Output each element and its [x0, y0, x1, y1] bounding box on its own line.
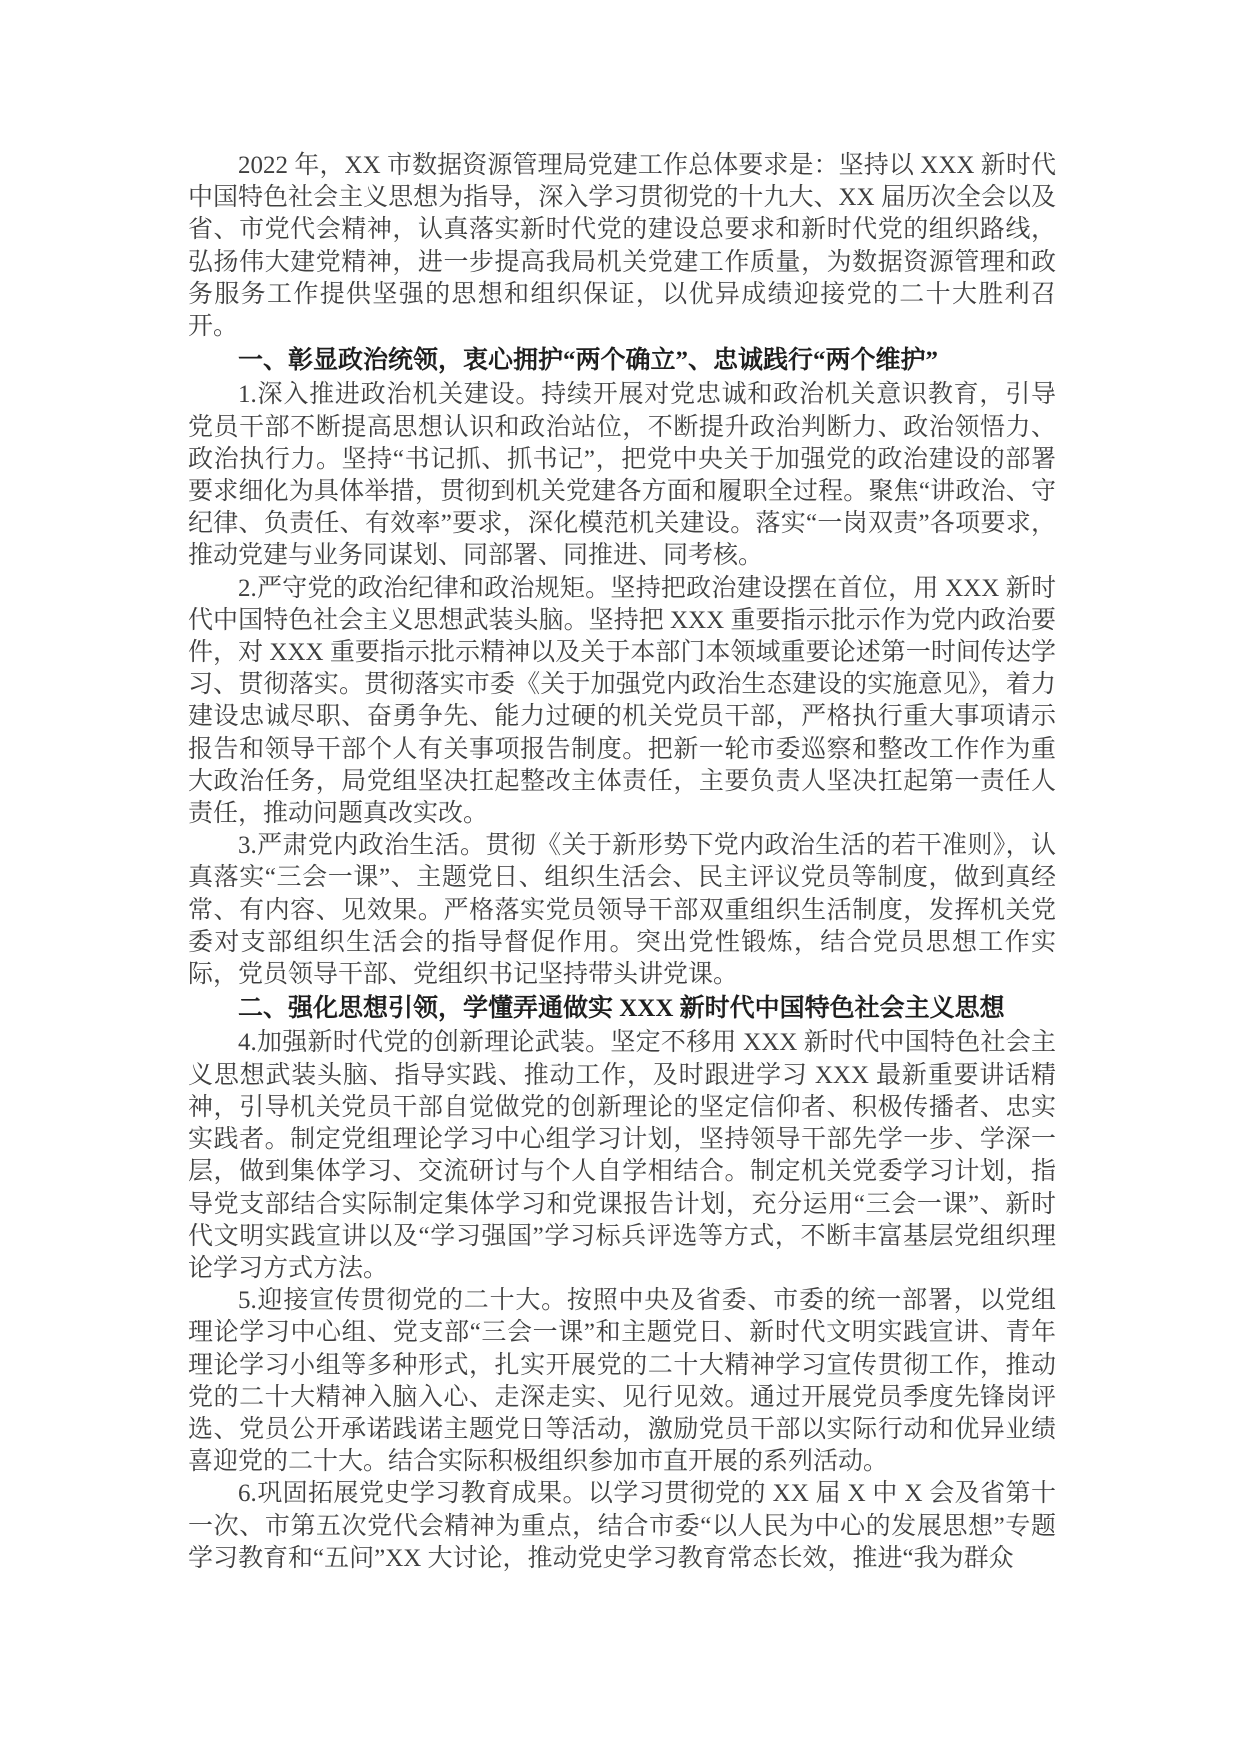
section-2-heading: 二、强化思想引领，学懂弄通做实 XXX 新时代中国特色社会主义思想	[188, 993, 1056, 1025]
numbered-paragraph-1: 1.深入推进政治机关建设。持续开展对党忠诚和政治机关意识教育，引导党员干部不断提…	[188, 379, 1056, 572]
numbered-paragraph-6: 6.巩固拓展党史学习教育成果。以学习贯彻党的 XX 届 X 中 X 会及省第十一…	[188, 1478, 1056, 1575]
opening-paragraph: 2022 年，XX 市数据资源管理局党建工作总体要求是：坚持以 XXX 新时代中…	[188, 150, 1056, 343]
numbered-paragraph-4: 4.加强新时代党的创新理论武装。坚定不移用 XXX 新时代中国特色社会主义思想武…	[188, 1027, 1056, 1285]
section-1-heading: 一、彰显政治统领，衷心拥护“两个确立”、忠诚践行“两个维护”	[188, 345, 1056, 377]
numbered-paragraph-5: 5.迎接宣传贯彻党的二十大。按照中央及省委、市委的统一部署，以党组理论学习中心组…	[188, 1285, 1056, 1478]
numbered-paragraph-3: 3.严肃党内政治生活。贯彻《关于新形势下党内政治生活的若干准则》，认真落实“三会…	[188, 830, 1056, 991]
document-body: 2022 年，XX 市数据资源管理局党建工作总体要求是：坚持以 XXX 新时代中…	[188, 150, 1056, 1575]
numbered-paragraph-2: 2.严守党的政治纪律和政治规矩。坚持把政治建设摆在首位，用 XXX 新时代中国特…	[188, 573, 1056, 831]
document-page: 2022 年，XX 市数据资源管理局党建工作总体要求是：坚持以 XXX 新时代中…	[0, 0, 1240, 1754]
